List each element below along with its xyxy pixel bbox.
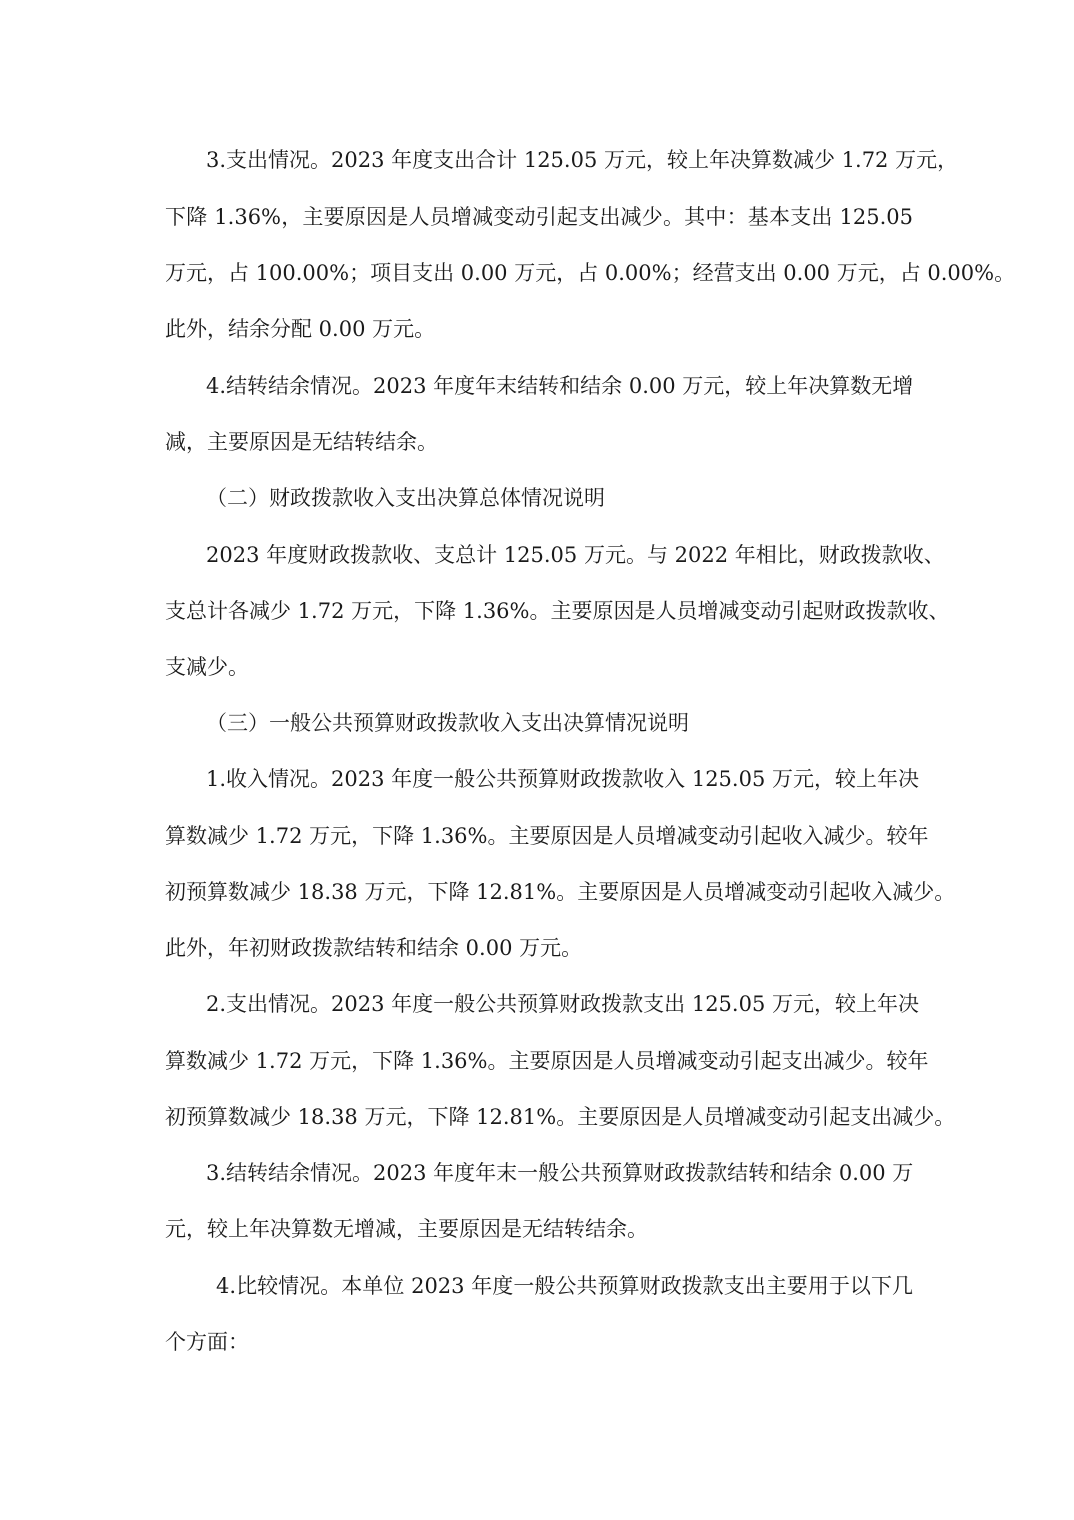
- text-line: 支总计各减少 1.72 万元，下降 1.36%。主要原因是人员增减变动引起财政拨…: [165, 597, 913, 625]
- text-line: 个方面：: [165, 1328, 913, 1356]
- text-line: 4.比较情况。本单位 2023 年度一般公共预算财政拨款支出主要用于以下几: [216, 1272, 913, 1300]
- text-line: 2.支出情况。2023 年度一般公共预算财政拨款支出 125.05 万元，较上年…: [206, 990, 913, 1018]
- section-heading-general-budget: （三）一般公共预算财政拨款收入支出决算情况说明: [206, 709, 954, 737]
- text-line: 下降 1.36%，主要原因是人员增减变动引起支出减少。其中：基本支出 125.0…: [165, 203, 913, 231]
- text-line: 2023 年度财政拨款收、支总计 125.05 万元。与 2022 年相比，财政…: [206, 541, 913, 569]
- text-line: 1.收入情况。2023 年度一般公共预算财政拨款收入 125.05 万元，较上年…: [206, 765, 913, 793]
- text-line: 初预算数减少 18.38 万元，下降 12.81%。主要原因是人员增减变动引起收…: [165, 878, 913, 906]
- text-line: 万元，占 100.00%；项目支出 0.00 万元，占 0.00%；经营支出 0…: [165, 259, 913, 287]
- text-line: 算数减少 1.72 万元，下降 1.36%。主要原因是人员增减变动引起支出减少。…: [165, 1047, 913, 1075]
- text-line: 3.结转结余情况。2023 年度年末一般公共预算财政拨款结转和结余 0.00 万: [206, 1159, 913, 1187]
- text-line: 此外，结余分配 0.00 万元。: [165, 315, 913, 343]
- document-page: 3.支出情况。2023 年度支出合计 125.05 万元，较上年决算数减少 1.…: [0, 0, 1074, 1520]
- text-line: 元，较上年决算数无增减，主要原因是无结转结余。: [165, 1215, 913, 1243]
- text-line: 3.支出情况。2023 年度支出合计 125.05 万元，较上年决算数减少 1.…: [206, 146, 913, 174]
- text-line: 4.结转结余情况。2023 年度年末结转和结余 0.00 万元，较上年决算数无增: [206, 372, 913, 400]
- section-heading-fiscal-overall: （二）财政拨款收入支出决算总体情况说明: [206, 484, 954, 512]
- text-line: 减，主要原因是无结转结余。: [165, 428, 913, 456]
- text-line: 算数减少 1.72 万元，下降 1.36%。主要原因是人员增减变动引起收入减少。…: [165, 822, 913, 850]
- text-line: 支减少。: [165, 653, 913, 681]
- text-line: 初预算数减少 18.38 万元，下降 12.81%。主要原因是人员增减变动引起支…: [165, 1103, 913, 1131]
- text-line: 此外，年初财政拨款结转和结余 0.00 万元。: [165, 934, 913, 962]
